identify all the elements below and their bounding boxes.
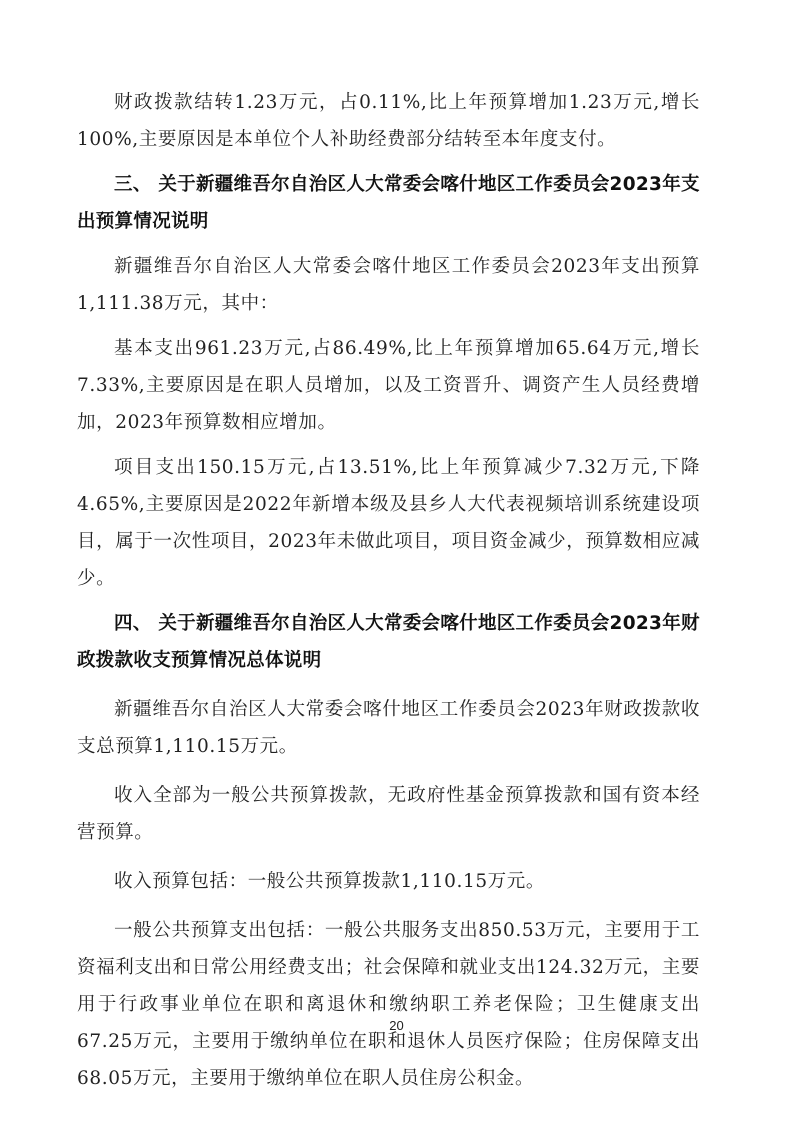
- paragraph-fiscal-carryover: 财政拨款结转1.23万元，占0.11%,比上年预算增加1.23万元,增长100%…: [77, 84, 700, 158]
- paragraph-public-expenditure: 一般公共预算支出包括：一般公共服务支出850.53万元，主要用于工资福利支出和日…: [77, 912, 700, 1097]
- document-page: 财政拨款结转1.23万元，占0.11%,比上年预算增加1.23万元,增长100%…: [77, 84, 700, 1097]
- paragraph-expenditure-total: 新疆维吾尔自治区人大常委会喀什地区工作委员会2023年支出预算1,111.38万…: [77, 248, 700, 322]
- page-number: 20: [0, 1018, 793, 1033]
- paragraph-project-expenditure: 项目支出150.15万元,占13.51%,比上年预算减少7.32万元,下降4.6…: [77, 449, 700, 597]
- section-heading-3: 三、 关于新疆维吾尔自治区人大常委会喀什地区工作委员会2023年支出预算情况说明: [77, 166, 700, 240]
- paragraph-income-budget: 收入预算包括：一般公共预算拨款1,110.15万元。: [77, 863, 700, 900]
- paragraph-income-source: 收入全部为一般公共预算拨款，无政府性基金预算拨款和国有资本经营预算。: [77, 777, 700, 851]
- paragraph-fiscal-total: 新疆维吾尔自治区人大常委会喀什地区工作委员会2023年财政拨款收支总预算1,11…: [77, 691, 700, 765]
- paragraph-basic-expenditure: 基本支出961.23万元,占86.49%,比上年预算增加65.64万元,增长7.…: [77, 330, 700, 441]
- section-heading-4: 四、 关于新疆维吾尔自治区人大常委会喀什地区工作委员会2023年财政拨款收支预算…: [77, 605, 700, 679]
